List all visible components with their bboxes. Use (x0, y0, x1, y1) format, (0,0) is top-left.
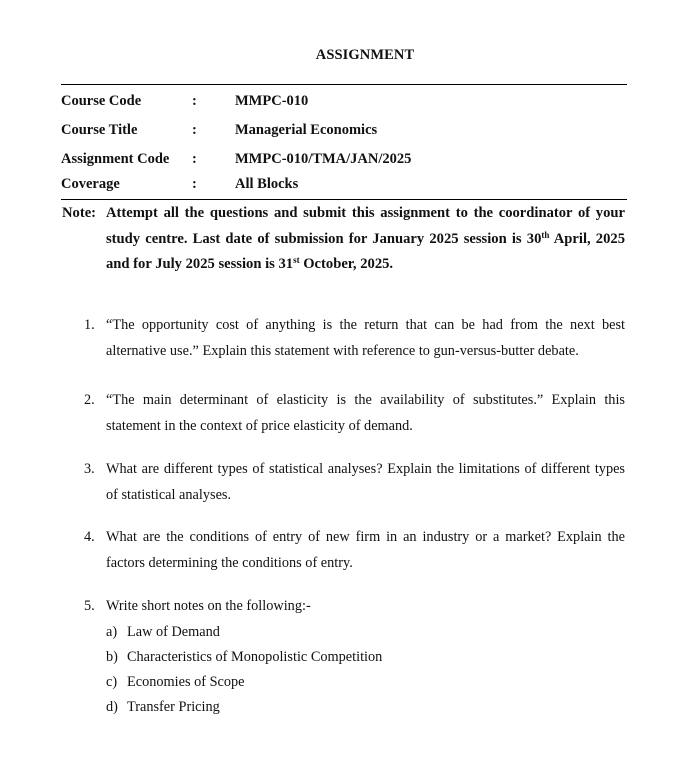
question-1: 1. “The opportunity cost of anything is … (84, 313, 625, 364)
question-number: 2. (84, 388, 106, 439)
info-row-course-code: Course Code : MMPC-010 (61, 87, 627, 116)
short-note-item: b) Characteristics of Monopolistic Compe… (106, 645, 625, 670)
sub-item-letter: a) (106, 620, 127, 645)
sub-item-text: Law of Demand (127, 620, 220, 645)
note-line-text: April, 2025 (549, 231, 625, 247)
info-label: Course Code (61, 93, 192, 110)
question-text: What are the conditions of entry of new … (106, 525, 625, 576)
note-text: Attempt all the questions and submit thi… (106, 201, 625, 227)
info-value: MMPC-010 (235, 93, 627, 110)
question-line: of statistical analyses. (106, 483, 625, 509)
question-line: “The main determinant of elasticity is t… (106, 388, 625, 414)
question-text: “The main determinant of elasticity is t… (106, 388, 625, 439)
question-4: 4. What are the conditions of entry of n… (84, 525, 625, 576)
info-colon: : (192, 122, 235, 139)
sub-item-text: Economies of Scope (127, 670, 245, 695)
question-number: 3. (84, 457, 106, 508)
note-label: Note: (62, 201, 106, 227)
short-note-item: a) Law of Demand (106, 620, 625, 645)
info-row-assignment-code: Assignment Code : MMPC-010/TMA/JAN/2025 (61, 145, 627, 174)
document-title: ASSIGNMENT (0, 47, 689, 64)
note-line: study centre. Last date of submission fo… (106, 227, 625, 253)
question-line: factors determining the conditions of en… (106, 551, 625, 577)
info-colon: : (192, 151, 235, 168)
sub-item-text: Characteristics of Monopolistic Competit… (127, 645, 382, 670)
note-line-text: study centre. Last date of submission fo… (106, 231, 541, 247)
info-label: Course Title (61, 122, 192, 139)
sub-item-letter: d) (106, 695, 127, 720)
question-5: 5. Write short notes on the following:- … (84, 594, 625, 720)
short-note-item: c) Economies of Scope (106, 670, 625, 695)
info-colon: : (192, 176, 235, 193)
question-2: 2. “The main determinant of elasticity i… (84, 388, 625, 439)
info-colon: : (192, 93, 235, 110)
question-number: 1. (84, 313, 106, 364)
question-line: Write short notes on the following:- (106, 594, 625, 620)
question-line: statement in the context of price elasti… (106, 414, 625, 440)
info-label: Assignment Code (61, 151, 192, 168)
sub-item-text: Transfer Pricing (127, 695, 220, 720)
question-text: What are different types of statistical … (106, 457, 625, 508)
info-value: MMPC-010/TMA/JAN/2025 (235, 151, 627, 168)
question-text: “The opportunity cost of anything is the… (106, 313, 625, 364)
question-line: What are the conditions of entry of new … (106, 525, 625, 551)
question-text: Write short notes on the following:- a) … (106, 594, 625, 720)
info-value: All Blocks (235, 176, 627, 193)
question-line: What are different types of statistical … (106, 457, 625, 483)
submission-note: Note: Attempt all the questions and subm… (62, 201, 625, 278)
question-line: “The opportunity cost of anything is the… (106, 313, 625, 339)
note-line: Attempt all the questions and submit thi… (106, 201, 625, 227)
short-notes-list: a) Law of Demand b) Characteristics of M… (106, 620, 625, 720)
question-3: 3. What are different types of statistic… (84, 457, 625, 508)
question-line: alternative use.” Explain this statement… (106, 339, 625, 365)
info-value: Managerial Economics (235, 122, 627, 139)
short-note-item: d) Transfer Pricing (106, 695, 625, 720)
note-line-text: October, 2025. (300, 256, 394, 272)
question-number: 5. (84, 594, 106, 720)
info-row-coverage: Coverage : All Blocks (61, 174, 627, 198)
info-row-course-title: Course Title : Managerial Economics (61, 116, 627, 145)
sub-item-letter: c) (106, 670, 127, 695)
info-label: Coverage (61, 176, 192, 193)
sub-item-letter: b) (106, 645, 127, 670)
course-info-table: Course Code : MMPC-010 Course Title : Ma… (61, 84, 627, 200)
question-number: 4. (84, 525, 106, 576)
note-line-text: and for July 2025 session is 31 (106, 256, 293, 272)
note-line: and for July 2025 session is 31st Octobe… (106, 252, 625, 278)
